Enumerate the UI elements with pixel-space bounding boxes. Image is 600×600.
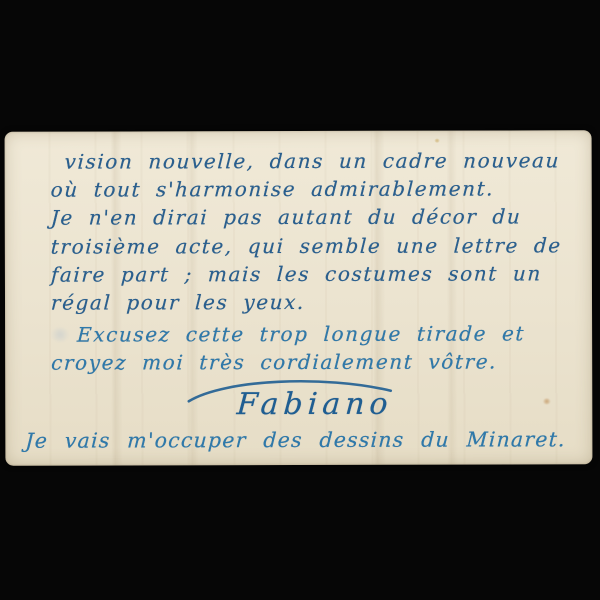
handwriting-line: Je n'en dirai pas autant du décor du xyxy=(50,203,580,233)
signature: Fabiano xyxy=(20,386,600,423)
handwriting-line: régal pour les yeux. xyxy=(50,287,580,317)
handwriting-line: vision nouvelle, dans un cadre nouveau xyxy=(50,146,580,176)
handwriting-line: Excusez cette trop longue tirade et xyxy=(50,319,580,349)
handwriting-line: troisième acte, qui semble une lettre de xyxy=(50,231,580,261)
letter-body: vision nouvelle, dans un cadre nouveau o… xyxy=(51,146,581,377)
paper-stain xyxy=(435,139,440,143)
photo-backdrop: vision nouvelle, dans un cadre nouveau o… xyxy=(0,0,600,600)
handwriting-line: faire part ; mais les costumes sont un xyxy=(50,259,580,289)
handwriting-line: croyez moi très cordialement vôtre. xyxy=(50,348,580,378)
handwriting-line: où tout s'harmonise admirablement. xyxy=(50,174,580,204)
postscript-line: Je vais m'occuper des dessins du Minaret… xyxy=(25,427,585,452)
letter-card: vision nouvelle, dans un cadre nouveau o… xyxy=(5,130,593,466)
